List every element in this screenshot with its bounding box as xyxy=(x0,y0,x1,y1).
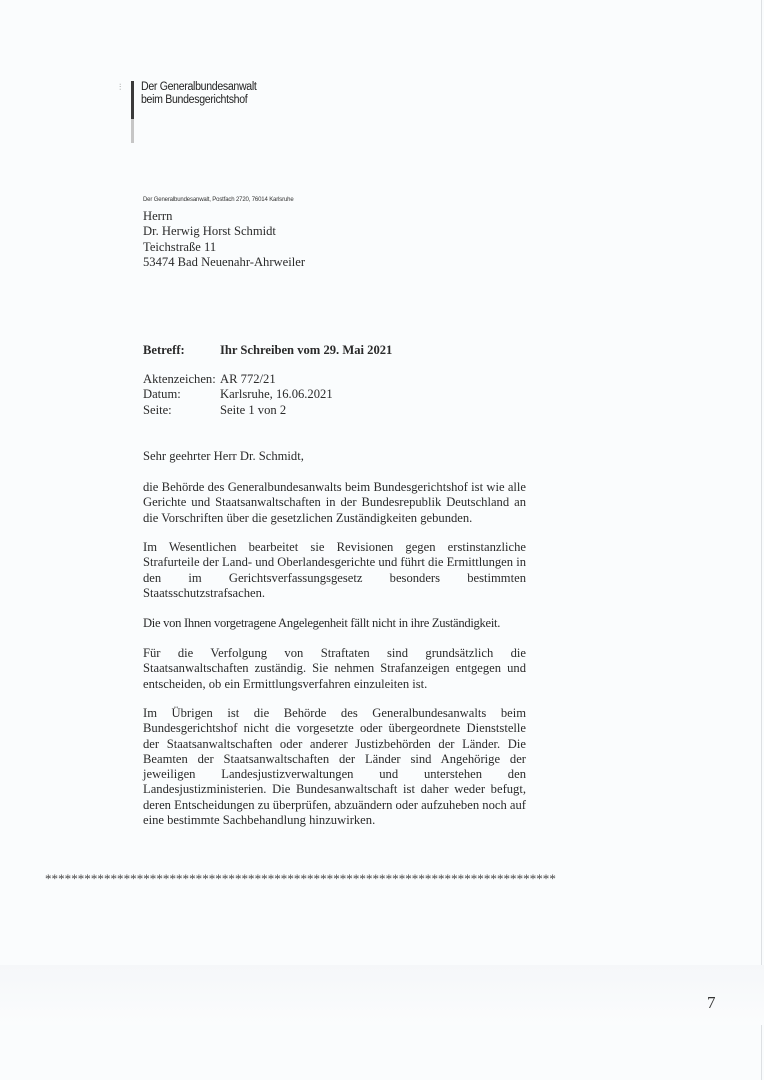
recipient-address: Herrn Dr. Herwig Horst Schmidt Teichstra… xyxy=(143,209,305,270)
subject-value: Ihr Schreiben vom 29. Mai 2021 xyxy=(220,343,392,357)
greeting: Sehr geehrter Herr Dr. Schmidt, xyxy=(143,449,304,464)
letter-meta: Aktenzeichen:AR 772/21 Datum:Karlsruhe, … xyxy=(143,372,333,418)
scan-shading xyxy=(0,965,764,1025)
meta-value: AR 772/21 xyxy=(220,372,276,386)
org-line-1: Der Generalbundesanwalt xyxy=(141,81,257,94)
federal-eagle-icon: ⫶ xyxy=(119,85,125,99)
meta-row-date: Datum:Karlsruhe, 16.06.2021 xyxy=(143,387,333,402)
paragraph-prosecution: Für die Verfolgung von Straftaten sind g… xyxy=(143,646,526,692)
meta-row-reference: Aktenzeichen:AR 772/21 xyxy=(143,372,333,387)
meta-label: Seite: xyxy=(143,403,220,418)
paragraph-not-responsible: Die von Ihnen vorgetragene Angelegenheit… xyxy=(143,616,526,631)
recipient-city: 53474 Bad Neuenahr-Ahrweiler xyxy=(143,255,305,270)
subject-label: Betreff: xyxy=(143,343,220,358)
meta-label: Aktenzeichen: xyxy=(143,372,220,387)
logo-bar-dark xyxy=(131,81,134,119)
asterisk-separator: ****************************************… xyxy=(45,871,556,887)
recipient-name: Dr. Herwig Horst Schmidt xyxy=(143,224,305,239)
meta-value: Karlsruhe, 16.06.2021 xyxy=(220,387,333,401)
subject-line: Betreff:Ihr Schreiben vom 29. Mai 2021 xyxy=(143,343,392,358)
page-edge xyxy=(761,0,762,1080)
paragraph-jurisdiction: die Behörde des Generalbundesanwalts bei… xyxy=(143,480,526,526)
meta-row-page: Seite:Seite 1 von 2 xyxy=(143,403,333,418)
logo-bar-light xyxy=(131,119,134,143)
meta-label: Datum: xyxy=(143,387,220,402)
paragraph-duties: Im Wesentlichen bearbeitet sie Revisione… xyxy=(143,540,526,601)
meta-value: Seite 1 von 2 xyxy=(220,403,286,417)
letterhead-org: Der Generalbundesanwalt beim Bundesgeric… xyxy=(141,81,257,106)
sender-return-address: Der Generalbundesanwalt, Postfach 2720, … xyxy=(143,197,294,203)
paragraph-hierarchy: Im Übrigen ist die Behörde des Generalbu… xyxy=(143,706,526,828)
page-number: 7 xyxy=(707,993,716,1013)
org-line-2: beim Bundesgerichtshof xyxy=(141,94,257,107)
recipient-street: Teichstraße 11 xyxy=(143,240,305,255)
recipient-salutation: Herrn xyxy=(143,209,305,224)
